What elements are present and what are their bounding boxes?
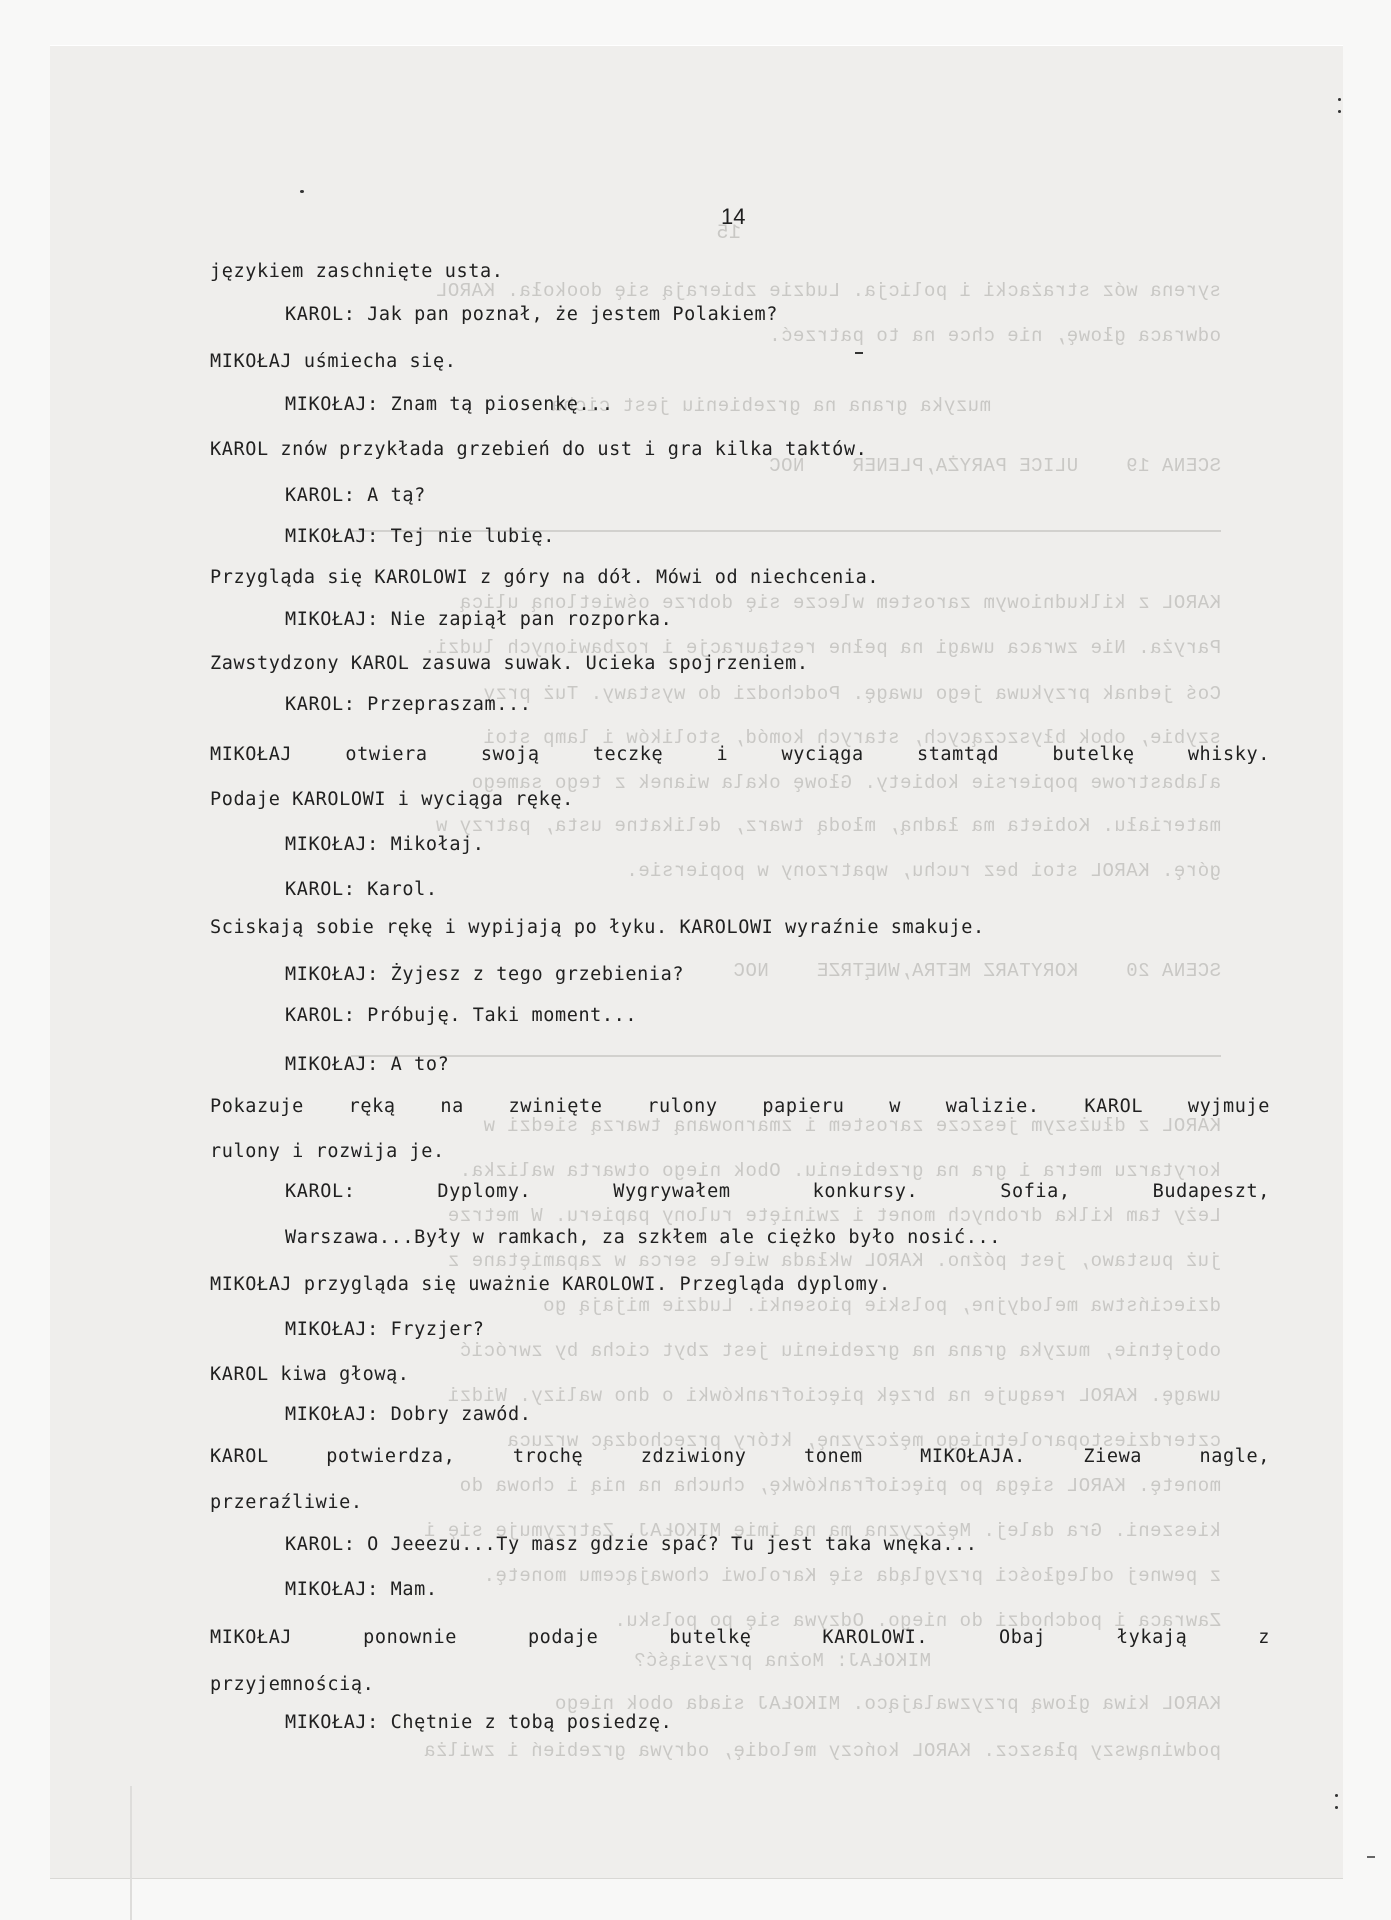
dialogue-line: KAROL: A tą? [285, 485, 426, 507]
ink-speck [1338, 98, 1341, 101]
dialogue-line: MIKOŁAJ: A to? [285, 1054, 449, 1076]
dialogue-line: KAROL: Karol. [285, 879, 438, 901]
dialogue-line: MIKOŁAJ: Mam. [285, 1579, 438, 1601]
ink-speck [1338, 110, 1341, 113]
action-line: Sciskają sobie rękę i wypijają po łyku. … [210, 917, 985, 939]
dialogue-line: MIKOŁAJ: Tej nie lubię. [285, 526, 555, 548]
dialogue-line: MIKOŁAJ: Dobry zawód. [285, 1404, 532, 1426]
action-line: Pokazuje ręką na zwinięte rulony papieru… [210, 1096, 1270, 1118]
action-line: MIKOŁAJ uśmiecha się. [210, 351, 457, 373]
ink-speck [300, 190, 304, 193]
action-line: MIKOŁAJ otwiera swoją teczkę i wyciąga s… [210, 744, 1270, 766]
dialogue-line: KAROL: Jak pan poznał, że jestem Polakie… [285, 304, 778, 326]
dialogue-line: MIKOŁAJ: Fryzjer? [285, 1319, 485, 1341]
action-line: MIKOŁAJ ponownie podaje butelkę KAROLOWI… [210, 1627, 1270, 1649]
action-line: KAROL znów przykłada grzebień do ust i g… [210, 439, 867, 461]
ink-speck [1335, 1794, 1338, 1797]
dialogue-line: MIKOŁAJ: Żyjesz z tego grzebienia? [285, 964, 684, 986]
dialogue-line: KAROL: Przepraszam... [285, 694, 532, 716]
margin-crease-line [130, 1786, 132, 1920]
dialogue-line: KAROL: Dyplomy. Wygrywałem konkursy. Sof… [285, 1181, 1270, 1203]
ink-dash [855, 352, 863, 354]
dialogue-line: KAROL: Próbuję. Taki moment... [285, 1005, 637, 1027]
action-line: Zawstydzony KAROL zasuwa suwak. Ucieka s… [210, 653, 809, 675]
dialogue-line: MIKOŁAJ: Chętnie z tobą posiedzę. [285, 1712, 672, 1734]
action-line: przeraźliwie. [210, 1492, 363, 1514]
action-line: przyjemnością. [210, 1674, 374, 1696]
dialogue-line: Warszawa...Były w ramkach, za szkłem ale… [285, 1227, 1001, 1249]
action-line: rulony i rozwija je. [210, 1141, 445, 1163]
ink-dash [1367, 1856, 1375, 1858]
ink-speck [1335, 1806, 1338, 1809]
action-line: Przygląda się KAROLOWI z góry na dół. Mó… [210, 567, 879, 589]
action-line: KAROL kiwa głową. [210, 1364, 410, 1386]
dialogue-line: KAROL: O Jeeezu...Ty masz gdzie spać? Tu… [285, 1534, 978, 1556]
page-number: 14 [721, 204, 745, 230]
dialogue-line: MIKOŁAJ: Mikołaj. [285, 834, 485, 856]
dialogue-line: MIKOŁAJ: Znam tą piosenkę... [285, 394, 614, 416]
dialogue-line: MIKOŁAJ: Nie zapiął pan rozporka. [285, 609, 672, 631]
action-line: Podaje KAROLOWI i wyciąga rękę. [210, 789, 574, 811]
action-line: językiem zaschnięte usta. [210, 261, 503, 283]
action-line: KAROL potwierdza, trochę zdziwiony tonem… [210, 1446, 1270, 1468]
action-line: MIKOŁAJ przygląda się uważnie KAROLOWI. … [210, 1274, 891, 1296]
